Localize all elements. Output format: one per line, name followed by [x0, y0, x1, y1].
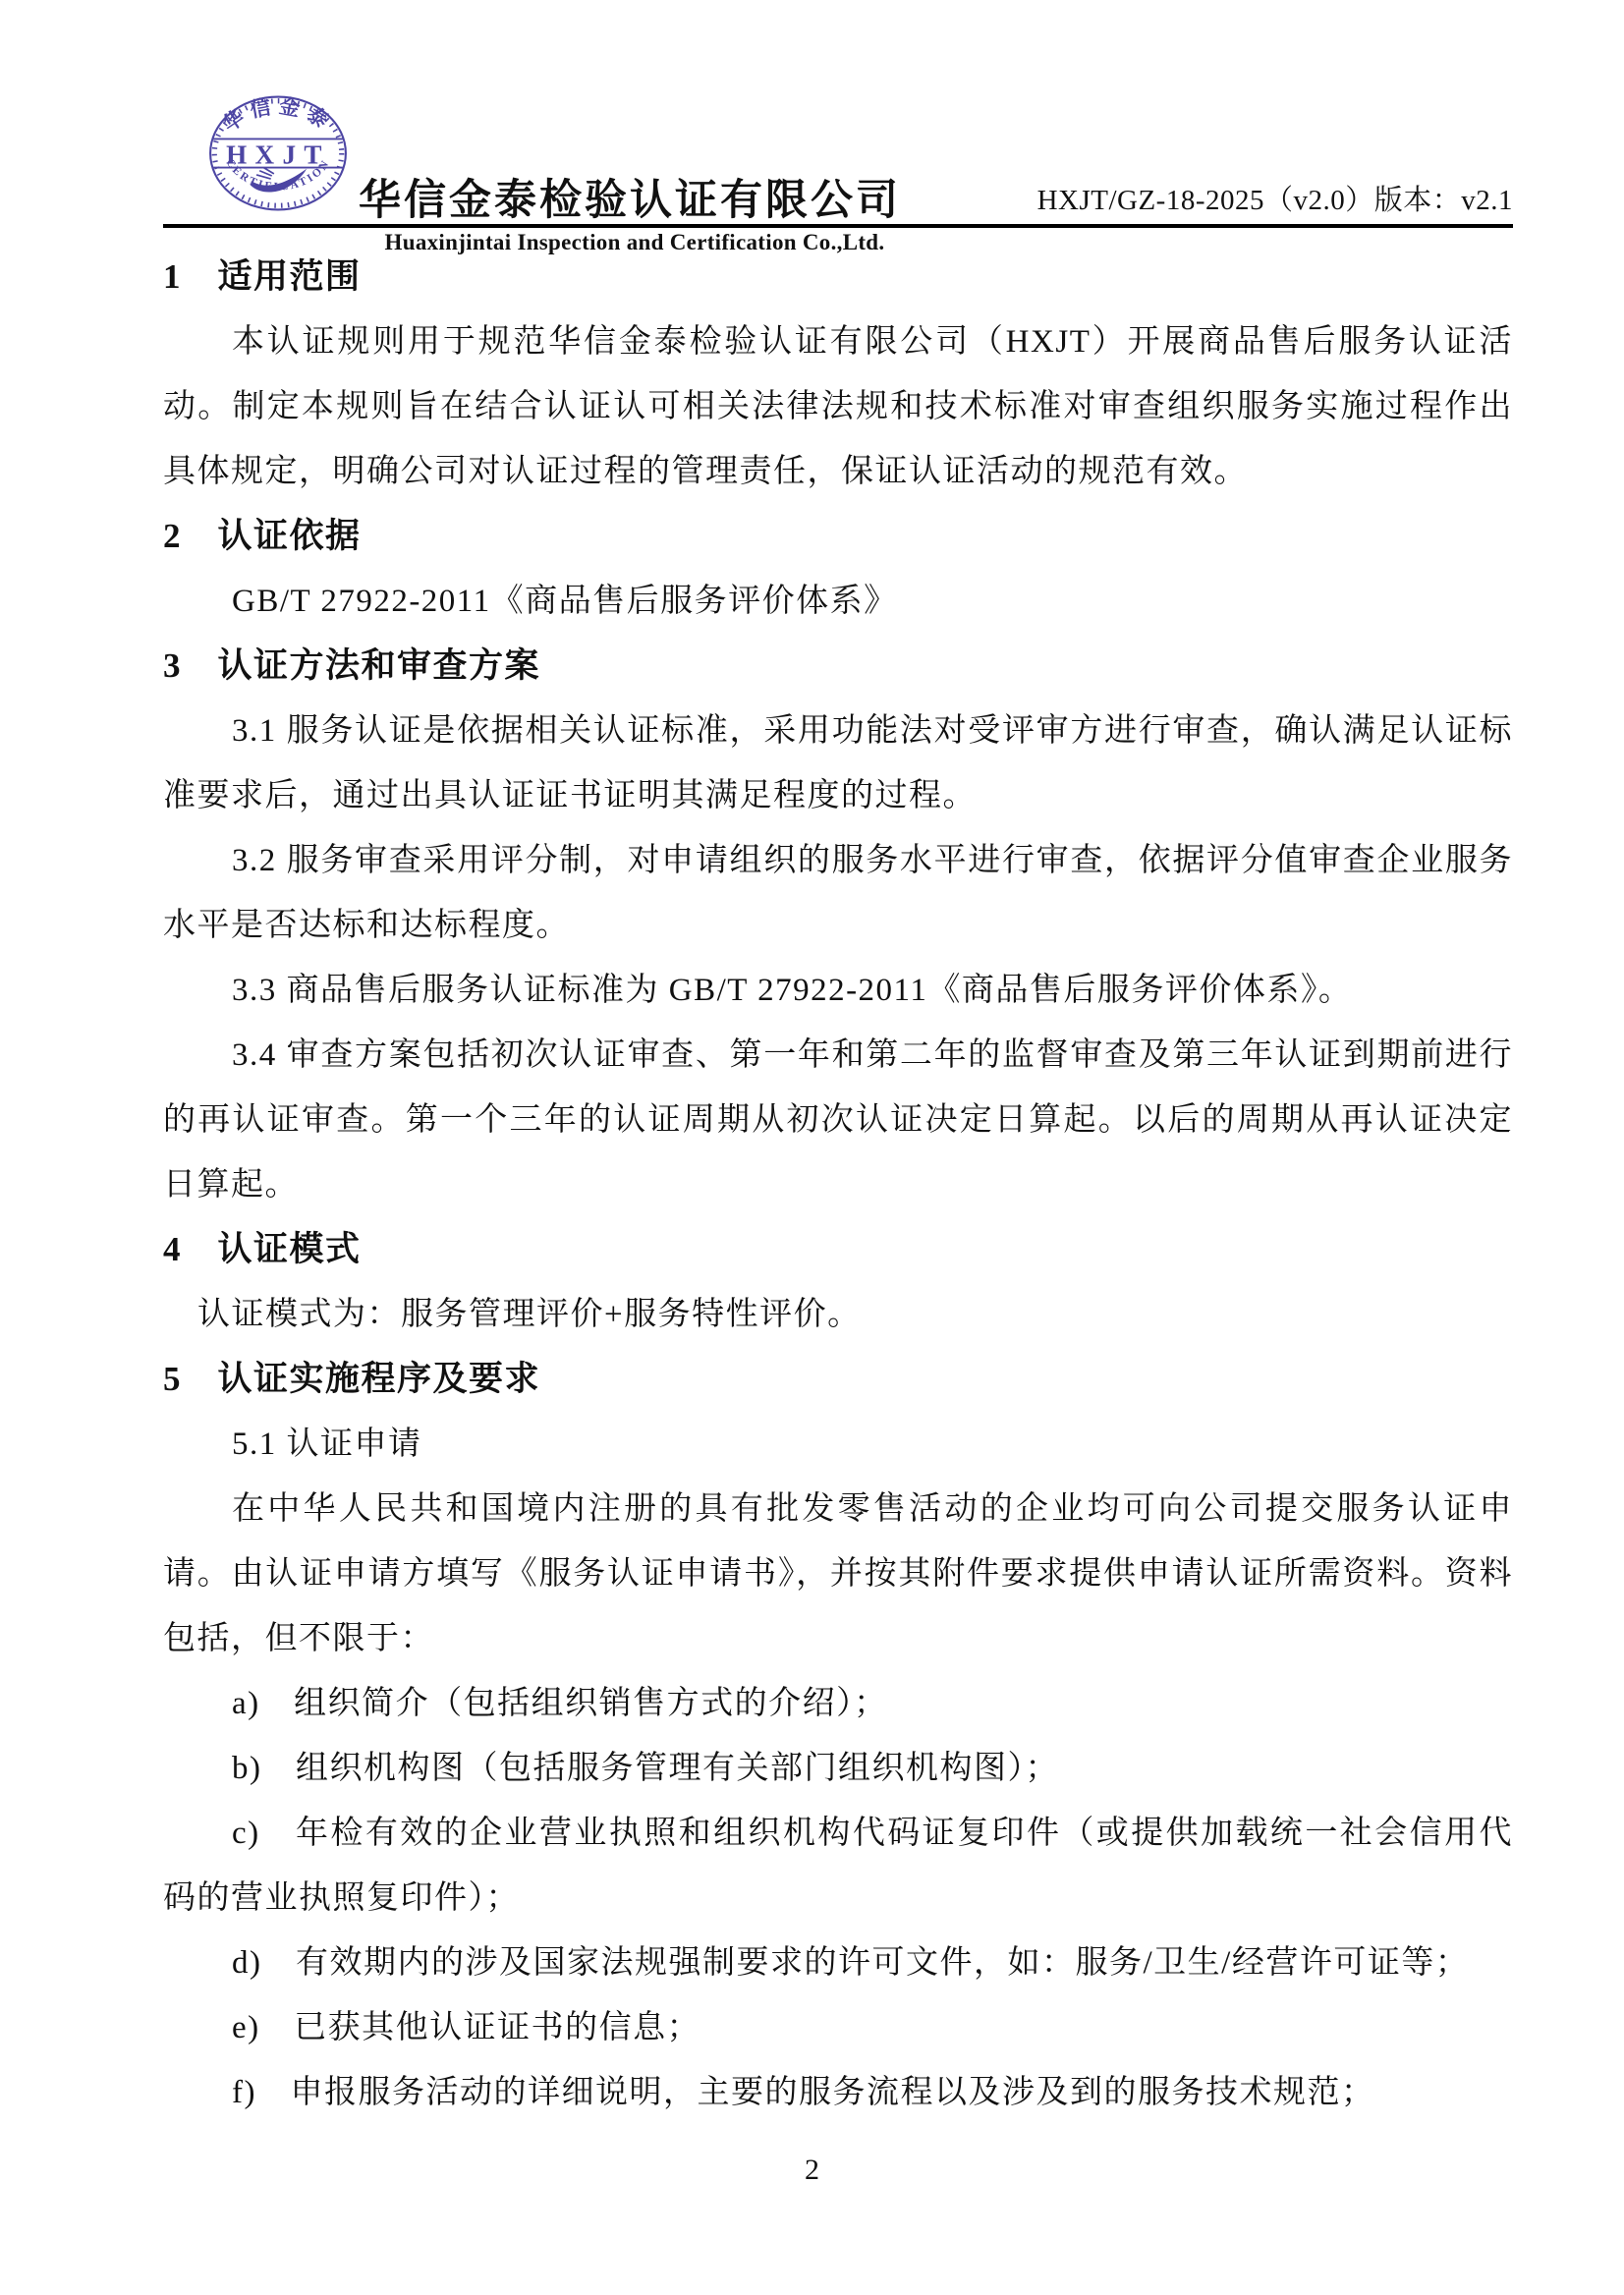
- paragraph: d) 有效期内的涉及国家法规强制要求的许可文件，如：服务/卫生/经营许可证等；: [163, 1931, 1513, 1995]
- paragraph: e) 已获其他认证证书的信息；: [163, 1995, 1513, 2060]
- header-divider: [163, 224, 1513, 228]
- paragraph: GB/T 27922-2011《商品售后服务评价体系》: [163, 569, 1513, 634]
- paragraph: 5.1 认证申请: [163, 1412, 1513, 1477]
- svg-text:华信金泰: 华信金泰: [218, 94, 337, 137]
- document-code: HXJT/GZ-18-2025（v2.0）版本：v2.1: [1037, 178, 1513, 218]
- paragraph: a) 组织简介（包括组织销售方式的介绍）；: [163, 1671, 1513, 1736]
- section-heading: 5 认证实施程序及要求: [163, 1347, 1513, 1412]
- paragraph: 本认证规则用于规范华信金泰检验认证有限公司（HXJT）开展商品售后服务认证活动。…: [163, 309, 1513, 504]
- section-heading: 4 认证模式: [163, 1217, 1513, 1282]
- paragraph: 3.1 服务认证是依据相关认证标准，采用功能法对受评审方进行审查，确认满足认证标…: [163, 699, 1513, 828]
- section-heading: 3 认证方法和审查方案: [163, 634, 1513, 699]
- document-page: 华信金泰 HXJT CERTIFICATION 华信金泰检验认证有限公司 HXJ…: [0, 0, 1624, 2295]
- section-heading: 2 认证依据: [163, 504, 1513, 569]
- seal-arc-top-text: 华信金泰: [218, 94, 337, 137]
- company-seal-logo: 华信金泰 HXJT CERTIFICATION: [208, 94, 348, 212]
- paragraph: 3.4 审查方案包括初次认证审查、第一年和第二年的监督审查及第三年认证到期前进行…: [163, 1023, 1513, 1217]
- seal-acronym-text: HXJT: [226, 140, 330, 169]
- paragraph: 3.3 商品售后服务认证标准为 GB/T 27922-2011《商品售后服务评价…: [163, 958, 1513, 1023]
- paragraph: f) 申报服务活动的详细说明，主要的服务流程以及涉及到的服务技术规范；: [163, 2060, 1513, 2125]
- page-number: 2: [0, 2154, 1624, 2187]
- document-body: 1 适用范围本认证规则用于规范华信金泰检验认证有限公司（HXJT）开展商品售后服…: [163, 245, 1513, 2125]
- company-name-cn: 华信金泰检验认证有限公司: [359, 167, 901, 227]
- paragraph: b) 组织机构图（包括服务管理有关部门组织机构图）；: [163, 1736, 1513, 1801]
- paragraph: 3.2 服务审查采用评分制，对申请组织的服务水平进行审查，依据评分值审查企业服务…: [163, 828, 1513, 958]
- section-heading: 1 适用范围: [163, 245, 1513, 309]
- paragraph: 在中华人民共和国境内注册的具有批发零售活动的企业均可向公司提交服务认证申请。由认…: [163, 1477, 1513, 1671]
- paragraph: c) 年检有效的企业营业执照和组织机构代码证复印件（或提供加载统一社会信用代码的…: [163, 1801, 1513, 1931]
- paragraph: 认证模式为：服务管理评价+服务特性评价。: [163, 1282, 1513, 1347]
- certification-seal-icon: 华信金泰 HXJT CERTIFICATION: [208, 94, 348, 212]
